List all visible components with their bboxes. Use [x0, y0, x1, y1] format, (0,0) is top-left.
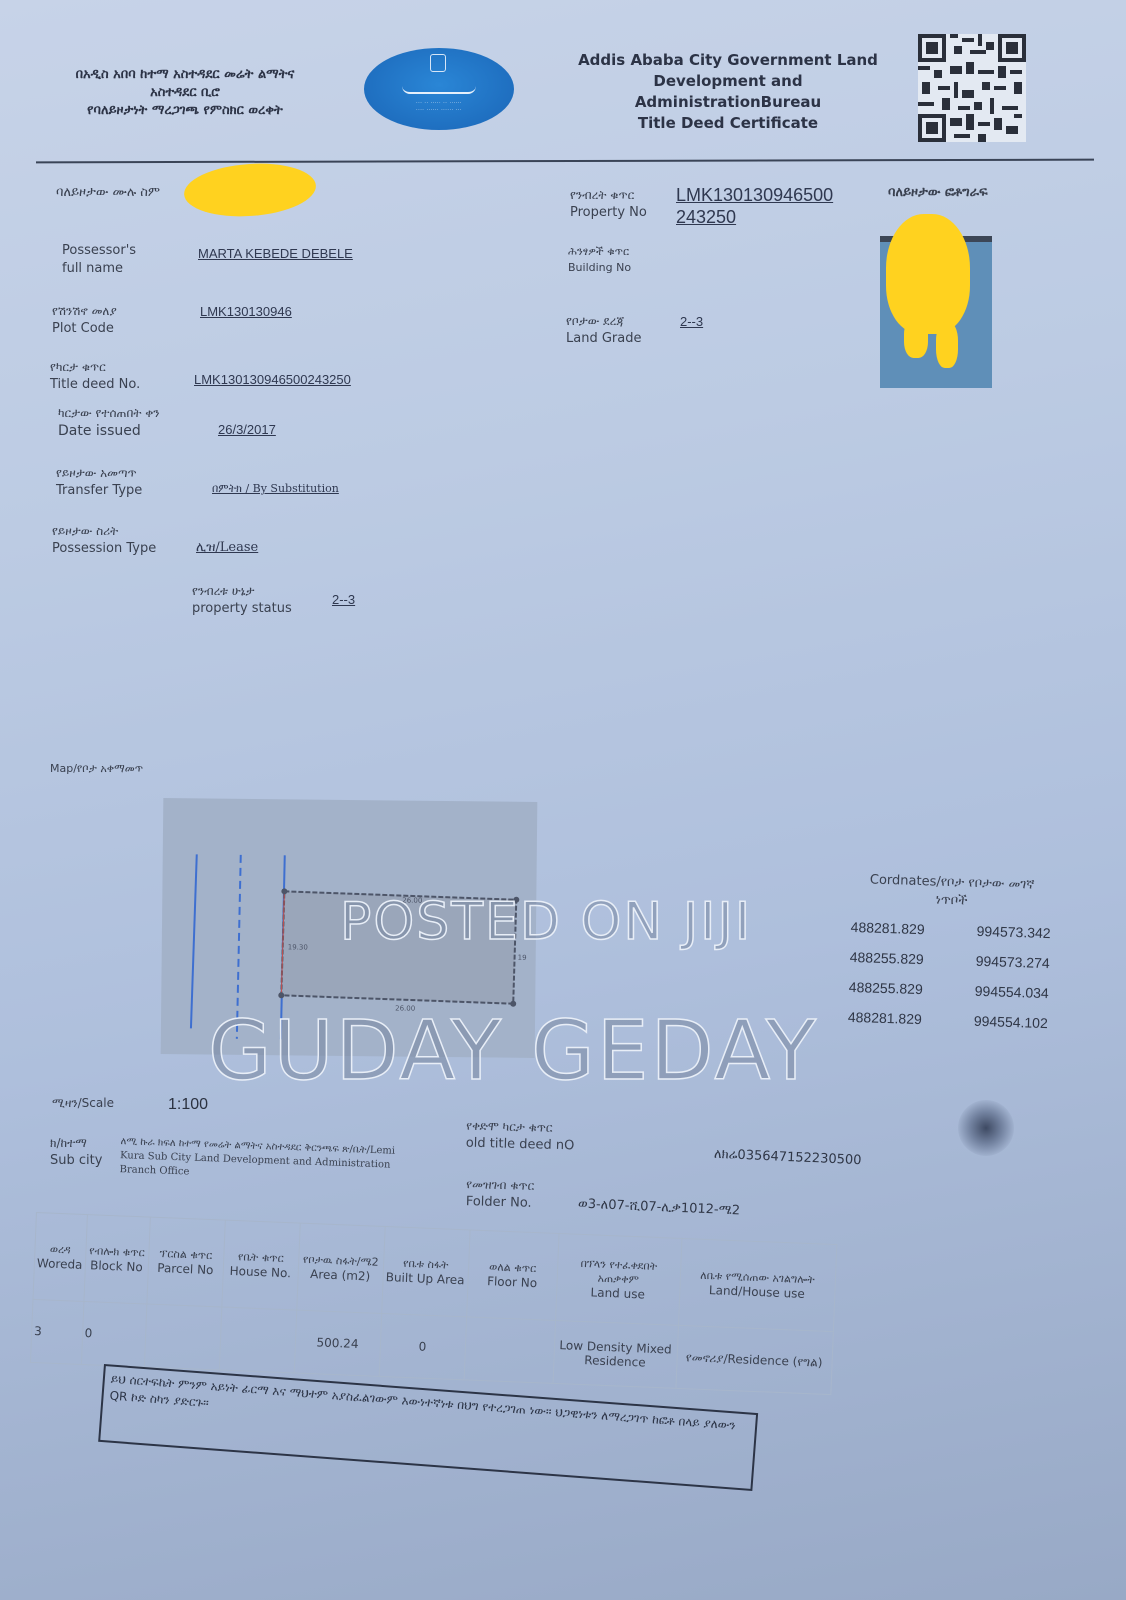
title-deed-no-value: LMK130130946500243250 — [194, 372, 351, 387]
transfer-type-value: በምትክ / By Substitution — [212, 482, 339, 496]
photo-label: ባለይዞታው ፎቶግራፍ — [888, 184, 988, 202]
svg-text:19: 19 — [518, 954, 527, 962]
plot-code-label: የሽንሽኖ መለያ Plot Code — [52, 302, 117, 338]
header-divider — [36, 159, 1094, 164]
date-issued-label: ካርታው የተሰጠበት ቀን Date issued — [58, 404, 160, 440]
coordinate-value: 994554.034 — [975, 983, 1049, 1001]
redacted-photo — [886, 214, 970, 334]
table-cell: 500.24 — [294, 1310, 381, 1376]
scale-label: ሚዛን/Scale — [52, 1094, 114, 1112]
svg-text:19.30: 19.30 — [288, 943, 308, 951]
property-status-label: የንብረቱ ሁኔታ property status — [192, 582, 292, 618]
table-cell — [464, 1317, 555, 1384]
table-header-cell: ወረዳWoreda — [33, 1213, 87, 1302]
table-cell — [219, 1307, 296, 1373]
possessor-full-name-value: MARTA KEBEDE DEBELE — [198, 246, 353, 261]
coordinate-row: 488255.829994554.034 — [849, 979, 1049, 1001]
table-cell: 0 — [379, 1313, 466, 1379]
sub-city-value: ለሚ ኩራ ክፍለ ከተማ የመሬት ልማትና አስተዳደር ቅርንጫፍ ጽ/ቤ… — [119, 1135, 400, 1187]
table-header-cell: ፕርስል ቁጥርParcel No — [146, 1217, 224, 1307]
coordinate-value: 488255.829 — [850, 949, 924, 967]
coordinates-block: Cordnates/የቦታ የቦታው መገኛ ነጥቦች 488281.82999… — [848, 871, 1053, 1031]
table-header-cell: የቤቱ ስፋትBuilt Up Area — [381, 1227, 469, 1317]
table-header-cell: ወለል ቁጥርFloor No — [466, 1230, 558, 1321]
possessor-full-name-label: Possessor's full name — [62, 242, 142, 278]
old-title-deed-value: ለክሬ035647152230500 — [714, 1147, 862, 1168]
building-no-label: ሕንፃዎች ቁጥር Building No — [568, 244, 631, 276]
table-cell — [144, 1304, 221, 1370]
table-cell: 3 — [30, 1299, 83, 1364]
land-grade-value: 2--3 — [680, 314, 703, 329]
sub-city-label: ክ/ከተማ Sub city — [50, 1134, 102, 1170]
shadow-blot — [958, 1100, 1014, 1156]
coordinate-value: 994554.102 — [974, 1013, 1048, 1031]
property-status-value: 2--3 — [332, 592, 355, 607]
coordinate-row: 488281.829994554.102 — [848, 1009, 1048, 1031]
table-cell: Low Density Mixed Residence — [553, 1320, 678, 1388]
bureau-seal-logo: ··· ·· ····· ·· ·········· ······ ······… — [364, 48, 514, 130]
possession-type-label: የይዞታው ስሪት Possession Type — [52, 522, 156, 558]
title-deed-no-label: የካርታ ቁጥር Title deed No. — [50, 358, 140, 394]
qr-code[interactable] — [918, 34, 1026, 142]
coordinate-value: 488281.829 — [848, 1009, 922, 1027]
coordinate-value: 994573.342 — [976, 923, 1050, 941]
scale-value: 1:100 — [168, 1096, 208, 1114]
folder-no-value: ወ3-ለ07-ሺ07-ሊቃ1012-ሜ2 — [578, 1196, 741, 1218]
table-header-cell: የብሎክ ቁጥርBlock No — [83, 1215, 149, 1304]
property-no-label: የንብረት ቁጥር Property No — [570, 186, 647, 222]
property-no-value: LMK130130946500 243250 — [676, 184, 833, 228]
table-cell: 0 — [81, 1301, 146, 1366]
qr-code-icon — [918, 34, 1026, 142]
coordinate-value: 994573.274 — [975, 953, 1049, 971]
date-issued-value: 26/3/2017 — [218, 422, 276, 437]
coordinate-row: 488281.829994573.342 — [850, 919, 1050, 941]
possession-type-value: ሊዝ/Lease — [196, 540, 258, 555]
coordinate-value: 488281.829 — [850, 919, 924, 937]
coordinate-row: 488255.829994573.274 — [850, 949, 1050, 971]
coordinate-value: 488255.829 — [849, 979, 923, 997]
table-header-cell: በፕላን የተፈቀደበት አጠቃቀምLand use — [555, 1233, 681, 1325]
watermark-guday-geday: GUDAY GEDAY — [208, 1004, 818, 1099]
table-header-cell: የቦታዉ ስፋት/ሜ2Area (m2) — [296, 1223, 384, 1313]
table-header-cell: የቤት ቁጥርHouse No. — [221, 1220, 299, 1310]
header-amharic-title: በአዲስ አበባ ከተማ አስተዳደር መሬት ልማትና አስተዳደር ቢሮ የ… — [40, 66, 330, 120]
map-label: Map/የቦታ አቀማመጥ — [50, 760, 143, 778]
land-grade-label: የቦታው ደረጃ Land Grade — [566, 312, 641, 348]
plot-code-value: LMK130130946 — [200, 304, 292, 319]
header-english-title: Addis Ababa City Government Land Develop… — [578, 50, 878, 134]
transfer-type-label: የይዞታው አመጣጥ Transfer Type — [56, 464, 142, 500]
emblem-icon — [430, 54, 446, 72]
watermark-posted-on-jiji: POSTED ON JIJI — [340, 892, 752, 952]
redacted-name — [182, 159, 317, 220]
possessor-name-am-label: ባለይዞታው ሙሉ ስም — [56, 184, 166, 202]
folder-no-label: የመዝገብ ቁጥር Folder No. — [466, 1175, 535, 1213]
old-title-deed-label: የቀድሞ ካርታ ቁጥር old title deed nO — [466, 1117, 576, 1156]
table-cell: የመኖሪያ/Residence (የግል) — [675, 1325, 832, 1394]
table-header-cell: ለቤቱ የሚሰጠው አገልግሎትLand/House use — [678, 1238, 836, 1331]
